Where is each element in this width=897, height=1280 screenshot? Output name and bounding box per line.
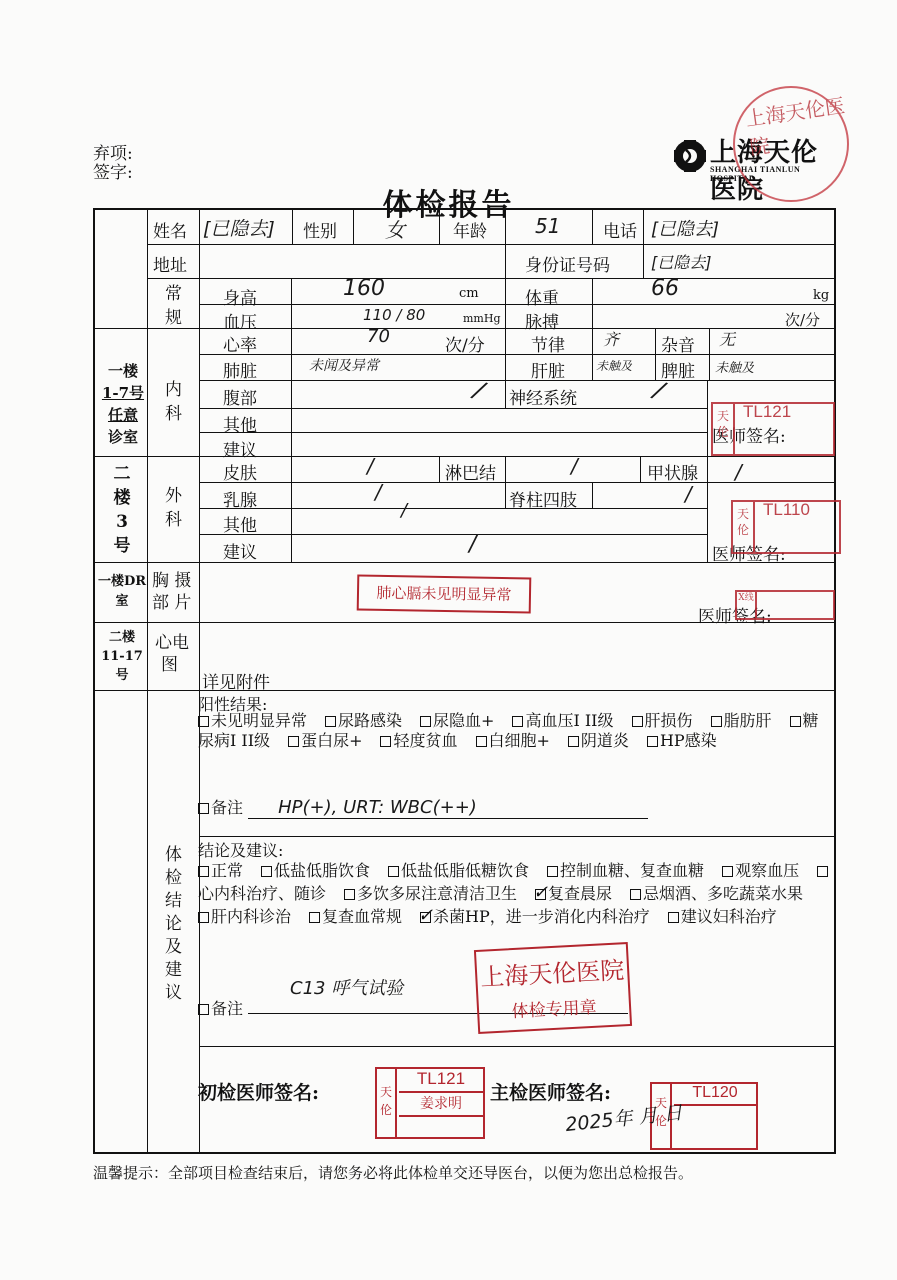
room-line: 二 — [109, 462, 135, 486]
checkbox-label: 轻度贫血 — [393, 731, 457, 750]
advice-option[interactable]: ✓复查晨尿 — [535, 884, 612, 903]
advice-option[interactable]: 建议妇科治疗 — [668, 907, 777, 926]
advice-option[interactable]: 忌烟酒、多吃蔬菜水果 — [630, 884, 803, 903]
liver-value: 未触及 — [596, 357, 632, 374]
side-char: 论 — [165, 913, 185, 936]
checkbox-label: HP感染 — [660, 731, 717, 750]
checkbox[interactable] — [261, 866, 272, 877]
stamp-code: TL110 — [763, 500, 810, 520]
xray-room-label: 一楼DR 室 — [97, 572, 147, 612]
positive-note: 备注 HP(+), URT: WBC(++) — [198, 795, 648, 819]
murmur-value: 无 — [719, 327, 735, 350]
lymph-label: 淋巴结 — [445, 459, 496, 484]
side-char: 建 — [165, 959, 185, 982]
positive-result-option[interactable]: 高血压I II级 — [512, 711, 613, 730]
height-unit: cm — [459, 286, 479, 301]
positive-result-option[interactable]: 未见明显异常 — [198, 711, 307, 730]
checkbox-label: 尿隐血+ — [433, 711, 494, 730]
exam-seal: 上海天伦医院 体检专用章 — [474, 942, 632, 1034]
side-char: 检 — [165, 867, 185, 890]
positive-result-option[interactable]: 尿路感染 — [325, 711, 402, 730]
checkbox[interactable] — [380, 736, 391, 747]
rhythm-value: 齐 — [603, 327, 619, 350]
advice-option[interactable]: 肝内科诊治 — [198, 907, 291, 926]
checkbox-label: 低盐低脂低糖饮食 — [401, 861, 529, 880]
height-value: 160 — [343, 276, 385, 301]
abdomen-label: 腹部 — [223, 384, 257, 409]
heart-rate-unit: 次/分 — [445, 331, 485, 356]
surgery-dept-label: 外科 — [165, 484, 185, 532]
room-line: 楼 — [109, 486, 135, 510]
checkbox[interactable] — [568, 736, 579, 747]
breast-label: 乳腺 — [223, 486, 257, 511]
rhythm-label: 节律 — [531, 331, 565, 356]
round-seal-text: 上海天伦医院 — [743, 89, 850, 160]
bp-value: 110 / 80 — [363, 306, 425, 324]
room-line: 1-7号 — [101, 382, 145, 404]
lung-value: 未闻及异常 — [309, 355, 379, 375]
thyroid-value: / — [735, 460, 742, 484]
positive-result-option[interactable]: HP感染 — [647, 731, 717, 750]
checkbox[interactable] — [817, 866, 828, 877]
room-line: 3 — [109, 510, 135, 534]
checkbox[interactable] — [198, 716, 209, 727]
advice-note-checkbox[interactable] — [198, 1004, 209, 1015]
positive-note-value: HP(+), URT: WBC(++) — [248, 797, 648, 819]
advice-option[interactable]: 低盐低脂低糖饮食 — [388, 861, 529, 880]
positive-note-label: 备注 — [211, 798, 243, 817]
checkbox[interactable] — [198, 912, 209, 923]
lung-label: 肺脏 — [223, 357, 257, 382]
checkbox[interactable] — [547, 866, 558, 877]
advice-option[interactable]: 多饮多尿注意清洁卫生 — [344, 884, 517, 903]
checkbox[interactable] — [288, 736, 299, 747]
nervous-label: 神经系统 — [509, 384, 577, 409]
liver-label: 肝脏 — [531, 357, 565, 382]
checkbox-label: 观察血压 — [735, 861, 799, 880]
checkbox[interactable] — [420, 716, 431, 727]
checkbox-label: 阴道炎 — [581, 731, 629, 750]
advice-title: 结论及建议: — [198, 838, 283, 861]
side-char: 议 — [165, 982, 185, 1005]
positive-results-list: 未见明显异常尿路感染尿隐血+高血压I II级肝损伤脂肪肝糖尿病I II级蛋白尿+… — [198, 711, 834, 751]
id-value: [已隐去] — [651, 250, 712, 273]
room-line: 一楼DR — [97, 572, 147, 592]
spleen-value: 未触及 — [715, 357, 754, 376]
advice-option[interactable]: 复查血常规 — [309, 907, 402, 926]
checkbox[interactable] — [722, 866, 733, 877]
advice-option[interactable]: 观察血压 — [722, 861, 799, 880]
phone-label: 电话 — [603, 217, 637, 242]
internal-room-label: 一楼 1-7号 任意 诊室 — [101, 360, 145, 448]
checkbox[interactable] — [647, 736, 658, 747]
positive-result-option[interactable]: 尿隐血+ — [420, 711, 494, 730]
stamp-code: TL121 — [743, 402, 791, 422]
stamp-code: TL121 — [399, 1069, 483, 1093]
checkbox[interactable] — [711, 716, 722, 727]
surgery-other-value: / — [401, 500, 407, 521]
bp-unit: mmHg — [463, 312, 501, 325]
room-line: 11-17 — [97, 647, 147, 666]
advice-note-label: 备注 — [211, 999, 243, 1018]
checkbox-label: 肝内科诊治 — [211, 907, 291, 926]
positive-result-option[interactable]: 白细胞+ — [476, 731, 550, 750]
checkbox[interactable] — [790, 716, 801, 727]
exam-seal-line2: 体检专用章 — [478, 991, 629, 1024]
checkbox[interactable] — [630, 889, 641, 900]
height-label: 身高 — [223, 284, 257, 309]
initial-doctor-stamp: 天伦 TL121 姜求明 — [375, 1067, 485, 1139]
checkbox-label: 高血压I II级 — [525, 711, 613, 730]
internal-advice-label: 建议 — [223, 436, 257, 461]
room-line: 号 — [109, 534, 135, 558]
spine-value: / — [685, 482, 692, 506]
name-label: 姓名 — [153, 217, 187, 242]
surgery-other-label: 其他 — [223, 511, 257, 536]
internal-other-label: 其他 — [223, 411, 257, 436]
room-line: 诊室 — [101, 426, 145, 448]
surgery-doctor-stamp: 天伦 TL110 — [731, 500, 841, 554]
checkbox-label: 忌烟酒、多吃蔬菜水果 — [643, 884, 803, 903]
stamp-code: TL120 — [674, 1084, 756, 1106]
dept-line: 部 片 — [152, 592, 191, 614]
stamp-doctor-name: 姜求明 — [399, 1093, 483, 1117]
skin-label: 皮肤 — [223, 459, 257, 484]
checkbox-label: 建议妇科治疗 — [681, 907, 777, 926]
room-line: 室 — [97, 592, 147, 612]
phone-value: [已隐去] — [651, 215, 719, 241]
bp-label: 血压 — [223, 308, 257, 333]
murmur-label: 杂音 — [661, 331, 695, 356]
ecg-dept-label: 心电 图 — [155, 632, 189, 676]
checkbox-label: 低盐低脂饮食 — [274, 861, 370, 880]
checkbox-label: 复查晨尿 — [548, 884, 612, 903]
heart-rate-value: 70 — [367, 326, 390, 347]
side-char: 结 — [165, 890, 185, 913]
checkbox-label: 尿路感染 — [338, 711, 402, 730]
checkbox-label: 白细胞+ — [489, 731, 550, 750]
id-label: 身份证号码 — [525, 251, 610, 276]
internal-dept-label: 内科 — [165, 378, 185, 426]
footer-tip: 温馨提示：全部项目检查结束后，请您务必将此体检单交还导医台，以便为您出总检报告。 — [93, 1162, 693, 1183]
age-value: 51 — [535, 214, 560, 238]
routine-section-label: 常规 — [165, 282, 185, 330]
checkbox[interactable] — [512, 716, 523, 727]
advice-option[interactable]: 控制血糖、复查血糖 — [547, 861, 704, 880]
pulse-unit: 次/分 — [785, 309, 820, 330]
room-line: 二楼 — [97, 628, 147, 647]
initial-doctor-signature-label: 初检医师签名: — [198, 1078, 319, 1105]
room-line: 号 — [97, 666, 147, 685]
advice-option[interactable]: 低盐低脂饮食 — [261, 861, 370, 880]
advice-option[interactable]: 正常 — [198, 861, 243, 880]
positive-result-option[interactable]: 阴道炎 — [568, 731, 629, 750]
stamp-side-text: X线 — [737, 592, 757, 618]
weight-label: 体重 — [525, 284, 559, 309]
age-label: 年龄 — [453, 217, 487, 242]
checkbox[interactable] — [325, 716, 336, 727]
positive-result-option[interactable]: 蛋白尿+ — [288, 731, 362, 750]
thyroid-label: 甲状腺 — [647, 459, 698, 484]
checkbox-label: 肝损伤 — [645, 711, 693, 730]
checkbox-label: 多饮多尿注意清洁卫生 — [357, 884, 517, 903]
lymph-value: / — [571, 454, 578, 478]
checkbox[interactable] — [476, 736, 487, 747]
surgery-advice-label: 建议 — [223, 538, 257, 563]
checkbox-label: 复查血常规 — [322, 907, 402, 926]
address-label: 地址 — [153, 251, 187, 276]
dept-line: 心电 — [155, 632, 189, 654]
conclusion-side-label: 体 检 结 论 及 建 议 — [165, 844, 185, 1005]
xray-doctor-stamp: X线 — [735, 590, 835, 620]
checkbox[interactable] — [388, 866, 399, 877]
room-line: 一楼 — [101, 360, 145, 382]
surgery-advice-value: / — [469, 532, 476, 557]
checkbox[interactable]: ✓ — [420, 912, 431, 923]
checkbox[interactable] — [632, 716, 643, 727]
pulse-label: 脉搏 — [525, 308, 559, 333]
stamp-side-text: 天伦 — [377, 1069, 397, 1137]
chief-doctor-signature-label: 主检医师签名: — [490, 1078, 611, 1105]
skin-value: / — [367, 454, 374, 478]
surgery-room-label: 二 楼 3 号 — [109, 462, 135, 558]
ecg-result: 详见附件 — [202, 668, 270, 693]
xray-dept-label: 胸 摄 部 片 — [152, 570, 191, 614]
advice-option[interactable]: ✓杀菌HP，进一步消化内科治疗 — [420, 907, 650, 926]
checkbox[interactable] — [309, 912, 320, 923]
dept-line: 胸 摄 — [152, 570, 191, 592]
weight-unit: kg — [813, 288, 829, 303]
heart-rate-label: 心率 — [223, 331, 257, 356]
checkbox-label: 心内科治疗、随诊 — [198, 884, 326, 903]
checkbox-label: 未见明显异常 — [211, 711, 307, 730]
weight-value: 66 — [651, 276, 679, 301]
spine-label: 脊柱四肢 — [509, 486, 577, 511]
checkbox-label: 控制血糖、复查血糖 — [560, 861, 704, 880]
checkbox-label: 杀菌HP，进一步消化内科治疗 — [433, 907, 650, 926]
waiver-label: 弃项: — [93, 145, 133, 164]
name-value: [已隐去] — [203, 214, 275, 241]
positive-result-option[interactable]: 肝损伤 — [632, 711, 693, 730]
stamp-side-text: 天伦 — [733, 502, 755, 552]
positive-note-checkbox[interactable] — [198, 803, 209, 814]
checkbox-label: 正常 — [211, 861, 243, 880]
hospital-logo-icon — [670, 136, 710, 176]
checkbox[interactable] — [668, 912, 679, 923]
stamp-side-text: 天伦 — [713, 404, 735, 454]
side-char: 及 — [165, 936, 185, 959]
checkbox-label: 蛋白尿+ — [301, 731, 362, 750]
dept-line: 图 — [155, 654, 189, 676]
breast-value: / — [375, 480, 382, 504]
advice-list: 正常低盐低脂饮食低盐低脂低糖饮食控制血糖、复查血糖观察血压心内科治疗、随诊多饮多… — [198, 859, 834, 928]
positive-result-option[interactable]: 脂肪肝 — [711, 711, 772, 730]
positive-result-option[interactable]: 轻度贫血 — [380, 731, 457, 750]
xray-result-stamp: 肺心膈未见明显异常 — [357, 574, 532, 613]
checkbox-label: 脂肪肝 — [724, 711, 772, 730]
checkbox[interactable] — [344, 889, 355, 900]
ecg-room-label: 二楼 11-17 号 — [97, 628, 147, 685]
gender-value: 女 — [385, 214, 405, 243]
advice-note-value: C13 呼气试验 — [290, 974, 403, 1000]
checkbox[interactable]: ✓ — [535, 889, 546, 900]
gender-label: 性别 — [303, 217, 337, 242]
exam-seal-line1: 上海天伦医院 — [476, 950, 628, 993]
room-line: 任意 — [101, 404, 145, 426]
checkbox[interactable] — [198, 866, 209, 877]
internal-doctor-stamp: 天伦 TL121 — [711, 402, 835, 456]
side-char: 体 — [165, 844, 185, 867]
